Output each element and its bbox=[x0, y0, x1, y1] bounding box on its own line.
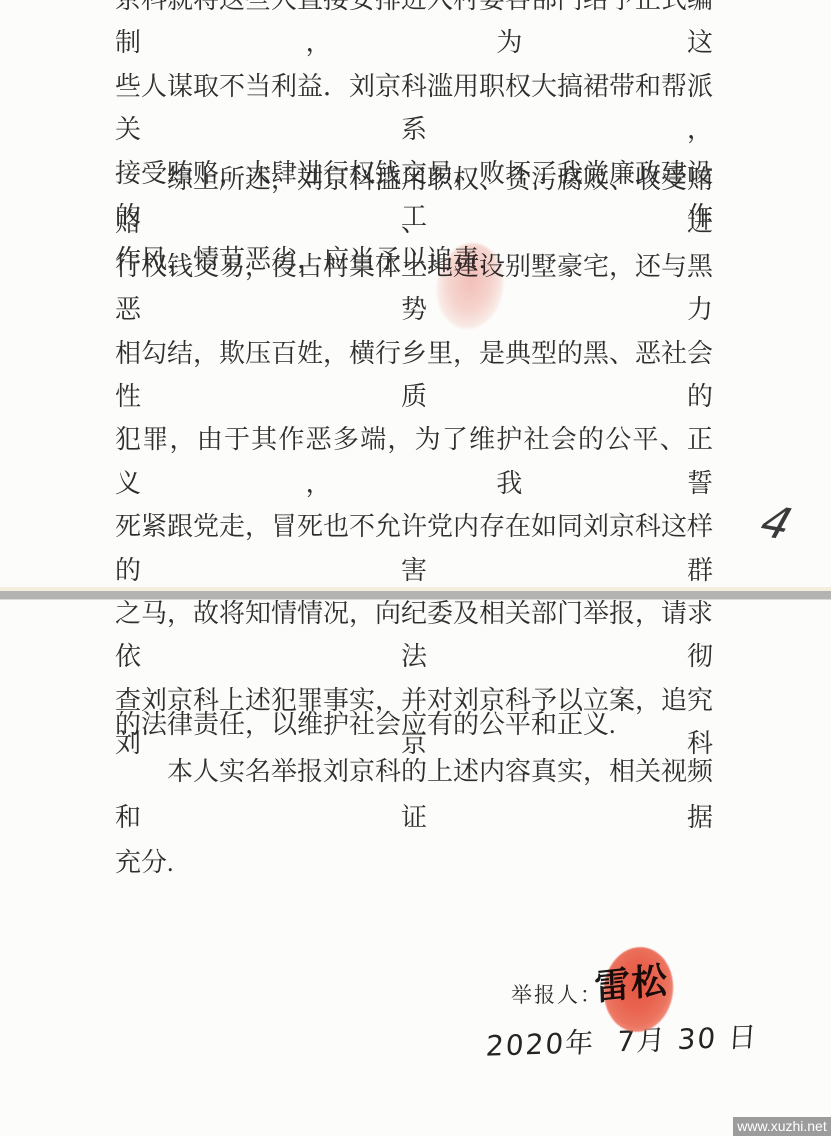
text-line: 的法律责任，以维护社会应有的公平和正义. bbox=[115, 702, 713, 748]
text-line: 行权钱交易，侵占村集体土地建设别墅豪宅，还与黑恶势力 bbox=[115, 245, 713, 332]
reporter-label: 举报人： bbox=[511, 979, 603, 1009]
text-line: 死紧跟党走，冒死也不允许党内存在如同刘京科这样的害群 bbox=[115, 505, 713, 592]
text-line: 充分. bbox=[115, 840, 713, 886]
paragraph-4: 本人实名举报刘京科的上述内容真实，相关视频和证据 充分. bbox=[115, 749, 713, 886]
text-line: 犯罪，由于其作恶多端，为了维护社会的公平、正义，我誓 bbox=[115, 418, 713, 505]
site-watermark: www.xuzhi.net bbox=[733, 1117, 831, 1136]
handwritten-page-number: 4 bbox=[754, 497, 797, 551]
text-line: 综上所述，刘京科滥用职权、贪污腐败、收受贿赂、进 bbox=[115, 158, 713, 245]
text-line: 本人实名举报刘京科的上述内容真实，相关视频和证据 bbox=[115, 749, 713, 840]
text-line: 之马，故将知情情况，向纪委及相关部门举报，请求依法彻 bbox=[115, 592, 713, 679]
page-divider bbox=[0, 591, 831, 599]
text-line: 相勾结，欺压百姓，横行乡里，是典型的黑、恶社会性质的 bbox=[115, 332, 713, 419]
text-line-clipped: 京科就将这些人直接安排进入村委各部门给予正式编制，为这 bbox=[115, 0, 713, 65]
paragraph-3: 的法律责任，以维护社会应有的公平和正义. bbox=[115, 702, 713, 748]
text-line: 些人谋取不当利益．刘京科滥用职权大搞裙带和帮派关系， bbox=[115, 65, 713, 152]
paragraph-2: 综上所述，刘京科滥用职权、贪污腐败、收受贿赂、进 行权钱交易，侵占村集体土地建设… bbox=[115, 158, 713, 766]
handwritten-signature-name: 雷松 bbox=[593, 952, 668, 1011]
